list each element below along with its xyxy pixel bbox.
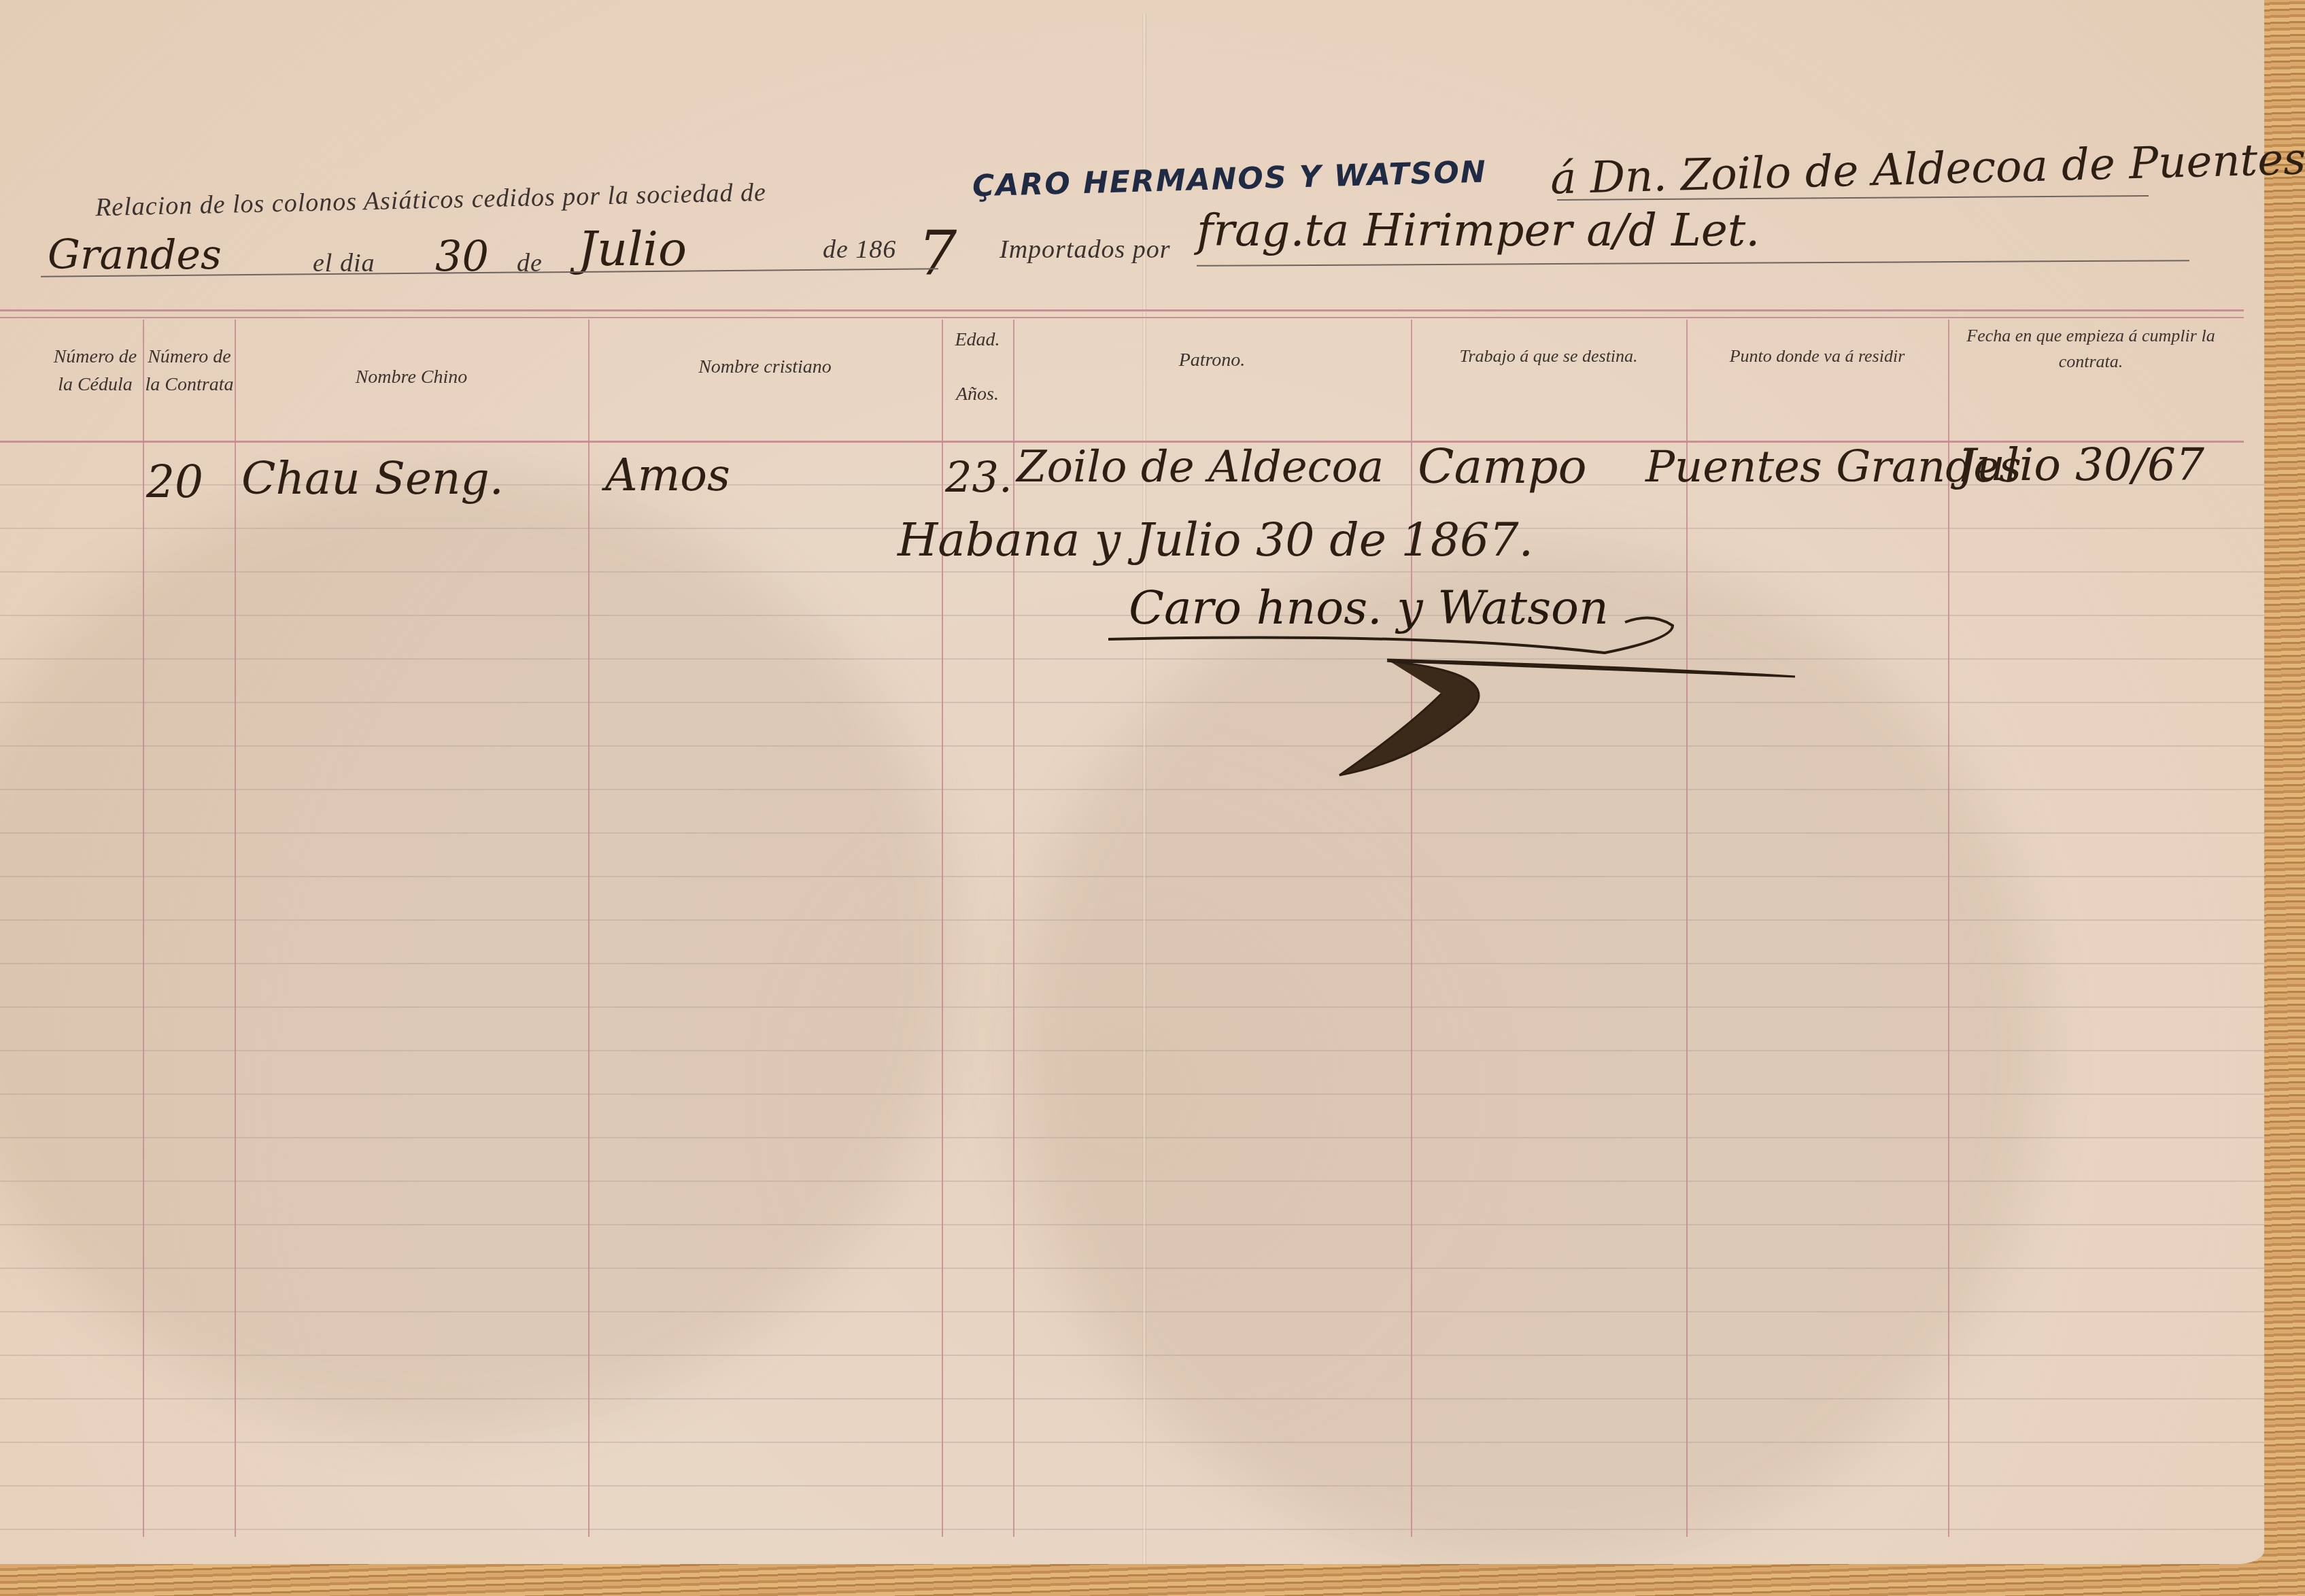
- cell-edad: 23.: [945, 452, 1012, 502]
- recipient-handwritten: á Dn. Zoilo de Aldecoa de Puentes: [1550, 134, 2305, 204]
- de-label: de: [517, 248, 543, 278]
- column-divider: [942, 320, 943, 1537]
- cell-nombre-cristiano: Amos: [605, 449, 730, 501]
- cell-patrono: Zoilo de Aldecoa: [1017, 442, 1384, 492]
- header-punto: Punto donde va á residir: [1686, 343, 1948, 369]
- blank-line: [1197, 260, 2189, 267]
- company-stamp: ÇARO HERMANOS Y WATSON: [972, 154, 1487, 203]
- header-nombre-cristiano: Nombre cristiano: [588, 354, 942, 381]
- header-trabajo: Trabajo á que se destina.: [1411, 343, 1686, 369]
- signature-flourish-icon: [1088, 612, 1836, 789]
- cell-trabajo: Campo: [1418, 439, 1587, 494]
- month-value: Julio: [578, 221, 687, 277]
- header-edad: Edad.: [942, 326, 1013, 354]
- column-divider: [143, 320, 144, 1537]
- column-divider: [1686, 320, 1688, 1537]
- ledger-page: Relacion de los colonos Asiáticos cedido…: [0, 0, 2264, 1564]
- cell-numero-contrata: 20: [146, 456, 203, 508]
- header-anos: Años.: [942, 381, 1013, 409]
- imported-by-label: Importados por: [1000, 235, 1171, 265]
- header-patrono: Patrono.: [1013, 347, 1411, 375]
- column-divider: [1948, 320, 1949, 1537]
- header-top-rule: [0, 309, 2244, 318]
- column-divider: [1013, 320, 1014, 1537]
- column-divider: [235, 320, 236, 1537]
- title-prefix: Relacion de los colonos Asiáticos cedido…: [95, 177, 767, 222]
- cell-fecha: Julio 30/67: [1958, 439, 2204, 491]
- header-numero-cedula: Número de la Cédula: [48, 343, 143, 398]
- year-prefix: de 186: [823, 235, 896, 265]
- header-numero-contrata: Número de la Contrata: [144, 343, 235, 398]
- place-grandes: Grandes: [48, 231, 222, 279]
- header-nombre-chino: Nombre Chino: [235, 364, 588, 392]
- closing-place-date: Habana y Julio 30 de 1867.: [898, 513, 1533, 567]
- column-divider: [1411, 320, 1412, 1537]
- column-divider: [588, 320, 590, 1537]
- header-fecha: Fecha en que empieza á cumplir la contra…: [1948, 323, 2234, 374]
- year-suffix: 7: [918, 218, 957, 289]
- cell-nombre-chino: Chau Seng.: [241, 452, 504, 505]
- imported-by-value: frag.ta Hirimper a/d Let.: [1197, 204, 1760, 256]
